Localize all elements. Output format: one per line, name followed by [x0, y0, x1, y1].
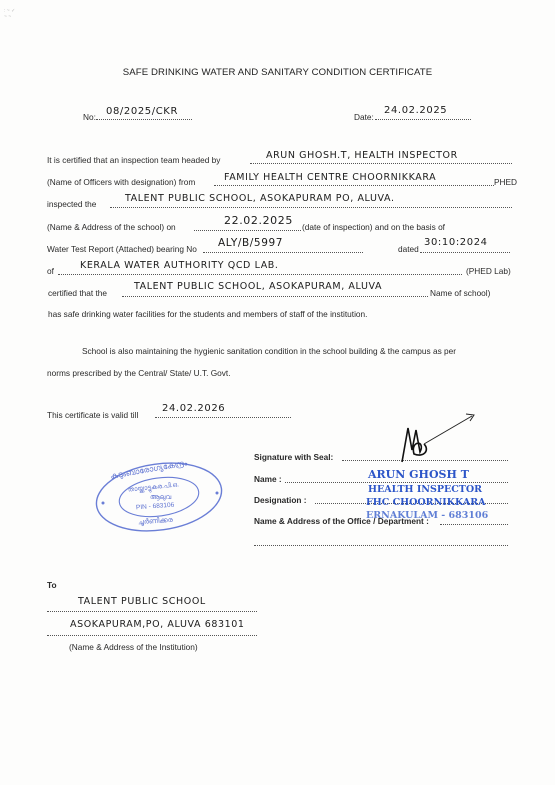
corner-marks: : ~ ✓~ ~: [4, 8, 15, 20]
inspector-name: ARUN GHOSH.T, HEALTH INSPECTOR: [266, 150, 458, 161]
line7-suffix: Name of school): [430, 288, 490, 298]
sanitation-line1: School is also maintaining the hygienic …: [82, 346, 456, 356]
number-label: No:: [83, 112, 96, 122]
validity-date: 24.02.2026: [162, 403, 225, 414]
date-label: Date:: [354, 112, 374, 122]
sanitation-line2: norms prescribed by the Central/ State/ …: [47, 368, 231, 378]
to-institution-address: ASOKAPURAM,PO, ALUVA 683101: [70, 619, 245, 630]
line8: has safe drinking water facilities for t…: [48, 309, 367, 319]
line7-prefix: certified that the: [48, 288, 107, 298]
line4-prefix: (Name & Address of the school) on: [47, 222, 176, 232]
signature-dots: [342, 451, 508, 461]
water-test-date: 30:10:2024: [424, 237, 488, 248]
line4-suffix: (date of inspection) and on the basis of: [302, 222, 445, 232]
line5-dated-label: dated: [398, 244, 419, 254]
certificate-number: 08/2025/CKR: [106, 106, 178, 117]
school-certified: TALENT PUBLIC SCHOOL, ASOKAPURAM, ALUVA: [134, 281, 382, 292]
stamp-designation: HEALTH INSPECTOR: [368, 484, 482, 495]
round-seal: കുടുംബാരോഗ്യകേന്ദ്രം തായ്ക്കാട്ടുകര.പി.ഒ…: [92, 458, 226, 536]
stamp-officer-name: ARUN GHOSH T: [368, 468, 469, 481]
water-test-report-no: ALY/B/5997: [218, 237, 283, 249]
certificate-date: 24.02.2025: [384, 105, 447, 116]
to-label: To: [47, 580, 57, 590]
office-dots-2: [254, 536, 508, 546]
designation-label: Designation :: [254, 495, 307, 505]
validity-label: This certificate is valid till: [47, 410, 138, 420]
line6-suffix: (PHED Lab): [466, 266, 511, 276]
inspection-date: 22.02.2025: [224, 214, 293, 227]
testing-lab: KERALA WATER AUTHORITY QCD LAB.: [80, 260, 279, 271]
line6-prefix: of: [47, 266, 54, 276]
line2-prefix: (Name of Officers with designation) from: [47, 177, 195, 187]
certificate-title: SAFE DRINKING WATER AND SANITARY CONDITI…: [0, 67, 555, 78]
stamp-place: ERNAKULAM - 683106: [366, 510, 488, 521]
stamp-office: FHC CHOORNIKKARA: [366, 497, 485, 508]
name-label: Name :: [254, 474, 282, 484]
inspection-office: FAMILY HEALTH CENTRE CHOORNIKKARA: [224, 172, 436, 183]
line1-prefix: It is certified that an inspection team …: [47, 155, 220, 165]
line2-suffix: PHED: [494, 177, 517, 187]
signature-label: Signature with Seal:: [254, 452, 333, 462]
seal-inner-line2: ആലുവ: [150, 494, 171, 502]
school-inspected: TALENT PUBLIC SCHOOL, ASOKAPURAM PO, ALU…: [125, 193, 395, 204]
line5-prefix: Water Test Report (Attached) bearing No: [47, 244, 197, 254]
to-institution-name: TALENT PUBLIC SCHOOL: [78, 596, 206, 607]
line3-prefix: inspected the: [47, 199, 96, 209]
to-caption: (Name & Address of the Institution): [69, 642, 198, 652]
